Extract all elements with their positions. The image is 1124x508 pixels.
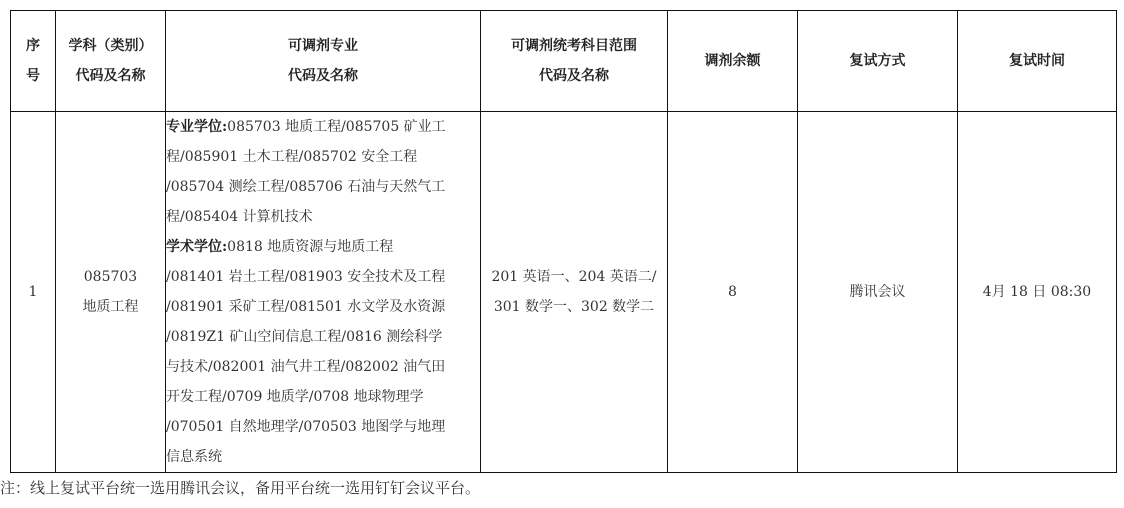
header-text: 序 [11, 31, 55, 61]
header-text: 复试方式 [798, 46, 957, 76]
majors-line: /070501 自然地理学/070503 地图学与地理 [166, 412, 480, 442]
header-text: 学科（类别） [56, 31, 165, 61]
majors-text: 085703 地质工程/085705 矿业工 [227, 119, 446, 135]
header-text: 代码及名称 [166, 61, 480, 91]
header-retest-method: 复试方式 [798, 11, 958, 112]
majors-line: 信息系统 [166, 442, 480, 472]
header-text: 代码及名称 [481, 61, 667, 91]
cell-retest-time: 4月 18 日 08:30 [958, 112, 1117, 473]
header-text: 调剂余额 [668, 46, 797, 76]
header-row: 序 号 学科（类别） 代码及名称 可调剂专业 代码及名称 可调剂统考科目范围 代… [11, 11, 1117, 112]
majors-line: /0819Z1 矿山空间信息工程/0816 测绘科学 [166, 322, 480, 352]
majors-line: /085704 测绘工程/085706 石油与天然气工 [166, 172, 480, 202]
majors-text: 0818 地质资源与地质工程 [227, 239, 393, 255]
academic-degree-label: 学术学位: [166, 239, 227, 255]
cell-index: 1 [11, 112, 56, 473]
exam-subjects-line: 201 英语一、204 英语二/ [481, 262, 667, 292]
footnote: 注：线上复试平台统一选用腾讯会议，备用平台统一选用钉钉会议平台。 [0, 477, 480, 498]
header-discipline: 学科（类别） 代码及名称 [56, 11, 166, 112]
adjustment-table: 序 号 学科（类别） 代码及名称 可调剂专业 代码及名称 可调剂统考科目范围 代… [10, 10, 1117, 473]
header-retest-time: 复试时间 [958, 11, 1117, 112]
professional-degree-label: 专业学位: [166, 119, 227, 135]
header-index: 序 号 [11, 11, 56, 112]
majors-line: 开发工程/0709 地质学/0708 地球物理学 [166, 382, 480, 412]
cell-quota: 8 [668, 112, 798, 473]
header-exam-subjects: 可调剂统考科目范围 代码及名称 [481, 11, 668, 112]
cell-retest-method: 腾讯会议 [798, 112, 958, 473]
majors-line: 与技术/082001 油气井工程/082002 油气田 [166, 352, 480, 382]
discipline-name: 地质工程 [56, 292, 165, 322]
header-quota: 调剂余额 [668, 11, 798, 112]
cell-majors: 专业学位:085703 地质工程/085705 矿业工 程/085901 土木工… [166, 112, 481, 473]
majors-line: 学术学位:0818 地质资源与地质工程 [166, 232, 480, 262]
header-text: 可调剂统考科目范围 [481, 31, 667, 61]
table-row: 1 085703 地质工程 专业学位:085703 地质工程/085705 矿业… [11, 112, 1117, 473]
header-text: 号 [11, 61, 55, 91]
header-text: 可调剂专业 [166, 31, 480, 61]
header-text: 复试时间 [958, 46, 1116, 76]
header-text: 代码及名称 [56, 61, 165, 91]
majors-line: 程/085901 土木工程/085702 安全工程 [166, 142, 480, 172]
majors-line: /081401 岩土工程/081903 安全技术及工程 [166, 262, 480, 292]
majors-line: 专业学位:085703 地质工程/085705 矿业工 [166, 112, 480, 142]
cell-exam-subjects: 201 英语一、204 英语二/ 301 数学一、302 数学二 [481, 112, 668, 473]
cell-discipline: 085703 地质工程 [56, 112, 166, 473]
exam-subjects-line: 301 数学一、302 数学二 [481, 292, 667, 322]
discipline-code: 085703 [56, 262, 165, 292]
header-majors: 可调剂专业 代码及名称 [166, 11, 481, 112]
majors-line: /081901 采矿工程/081501 水文学及水资源 [166, 292, 480, 322]
majors-line: 程/085404 计算机技术 [166, 202, 480, 232]
